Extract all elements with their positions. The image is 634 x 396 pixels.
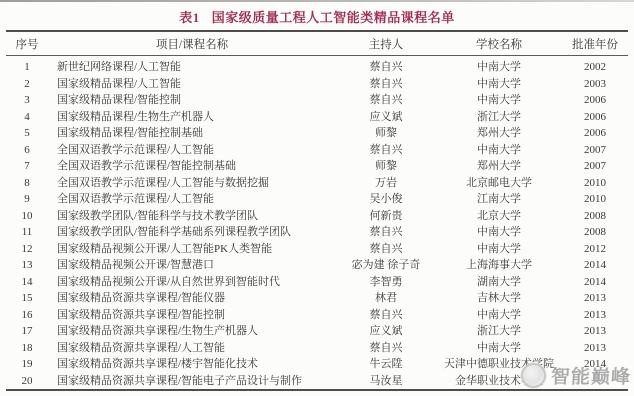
- table-row: 13国家级精品视频公开课/智慧港口宓为建 徐子奇上海海事大学2014: [6, 257, 628, 274]
- host-cell: 应义斌: [336, 323, 436, 340]
- year-cell: [562, 373, 628, 391]
- course-cell: 国家级教学团队/智能科学基础系列课程教学团队: [48, 224, 336, 241]
- col-header-seq: 序号: [6, 31, 48, 56]
- host-cell: 蔡自兴: [336, 307, 436, 324]
- table-row: 8全国双语教学示范课程/人工智能与数据挖掘万岩北京邮电大学2010: [6, 175, 628, 192]
- course-cell: 国家级精品资源共享课程/智能控制: [48, 307, 336, 324]
- school-cell: 中南大学: [436, 56, 562, 76]
- col-header-year: 批准年份: [562, 31, 628, 56]
- course-cell: 国家级精品课程/人工智能: [48, 76, 336, 93]
- table-row: 15国家级精品资源共享课程/智能仪器林君吉林大学2013: [6, 290, 628, 307]
- table-caption: 表1国家级质量工程人工智能类精品课程名单: [0, 7, 634, 26]
- year-cell: 2007: [562, 142, 628, 159]
- host-cell: 蔡自兴: [336, 142, 436, 159]
- page-root: 表1国家级质量工程人工智能类精品课程名单 序号 项目/课程名称 主持人 学校名称…: [0, 0, 634, 396]
- school-cell: 上海海事大学: [436, 257, 562, 274]
- course-cell: 全国双语教学示范课程/人工智能: [48, 142, 336, 159]
- table-row: 14国家级精品视频公开课/从自然世界到智能时代李智勇湖南大学2014: [6, 274, 628, 291]
- year-cell: 2008: [562, 224, 628, 241]
- school-cell: 北京邮电大学: [436, 175, 562, 192]
- school-cell: 中南大学: [436, 142, 562, 159]
- table-row: 20国家级精品资源共享课程/智能电子产品设计与制作马汝星金华职业技术学院: [6, 373, 628, 391]
- table-row: 10国家级教学团队/智能科学与技术教学团队何新贵北京大学2008: [6, 208, 628, 225]
- course-cell: 国家级精品资源共享课程/生物生产机器人: [48, 323, 336, 340]
- year-cell: 2002: [562, 56, 628, 76]
- table-row: 7全国双语教学示范课程/智能控制基础师黎郑州大学2007: [6, 158, 628, 175]
- table-row: 12国家级精品视频公开课/人工智能PK人类智能蔡自兴中南大学2012: [6, 241, 628, 258]
- school-cell: 浙江大学: [436, 109, 562, 126]
- seq-cell: 16: [6, 307, 48, 324]
- col-header-course: 项目/课程名称: [48, 31, 336, 56]
- course-cell: 国家级精品课程/智能控制: [48, 92, 336, 109]
- host-cell: 牛云陞: [336, 356, 436, 373]
- year-cell: 2010: [562, 175, 628, 192]
- school-cell: 金华职业技术学院: [436, 373, 562, 391]
- course-cell: 国家级精品视频公开课/从自然世界到智能时代: [48, 274, 336, 291]
- course-cell: 全国双语教学示范课程/智能控制基础: [48, 158, 336, 175]
- host-cell: 蔡自兴: [336, 224, 436, 241]
- school-cell: 江南大学: [436, 191, 562, 208]
- year-cell: 2013: [562, 307, 628, 324]
- year-cell: 2010: [562, 191, 628, 208]
- host-cell: 蔡自兴: [336, 92, 436, 109]
- course-cell: 国家级精品视频公开课/智慧港口: [48, 257, 336, 274]
- seq-cell: 10: [6, 208, 48, 225]
- table-row: 1新世纪网络课程/人工智能蔡自兴中南大学2002: [6, 56, 628, 76]
- page-top-divider: [0, 0, 634, 2]
- course-cell: 国家级精品资源共享课程/智能仪器: [48, 290, 336, 307]
- year-cell: 2006: [562, 92, 628, 109]
- host-cell: 吴小俊: [336, 191, 436, 208]
- course-cell: 国家级精品课程/生物生产机器人: [48, 109, 336, 126]
- school-cell: 郑州大学: [436, 158, 562, 175]
- year-cell: 2014: [562, 356, 628, 373]
- seq-cell: 5: [6, 125, 48, 142]
- course-cell: 国家级教学团队/智能科学与技术教学团队: [48, 208, 336, 225]
- host-cell: 师黎: [336, 125, 436, 142]
- seq-cell: 18: [6, 340, 48, 357]
- year-cell: 2007: [562, 158, 628, 175]
- seq-cell: 13: [6, 257, 48, 274]
- host-cell: 蔡自兴: [336, 241, 436, 258]
- course-cell: 新世纪网络课程/人工智能: [48, 56, 336, 76]
- seq-cell: 14: [6, 274, 48, 291]
- host-cell: 万岩: [336, 175, 436, 192]
- table-caption-tag: 表1: [179, 10, 200, 25]
- host-cell: 何新贵: [336, 208, 436, 225]
- seq-cell: 11: [6, 224, 48, 241]
- host-cell: 马汝星: [336, 373, 436, 391]
- course-cell: 全国双语教学示范课程/人工智能: [48, 191, 336, 208]
- seq-cell: 20: [6, 373, 48, 391]
- seq-cell: 17: [6, 323, 48, 340]
- col-header-school: 学校名称: [436, 31, 562, 56]
- host-cell: 应义斌: [336, 109, 436, 126]
- year-cell: 2014: [562, 257, 628, 274]
- school-cell: 中南大学: [436, 76, 562, 93]
- host-cell: 蔡自兴: [336, 76, 436, 93]
- year-cell: 2012: [562, 241, 628, 258]
- table-row: 9全国双语教学示范课程/人工智能吴小俊江南大学2010: [6, 191, 628, 208]
- school-cell: 中南大学: [436, 92, 562, 109]
- year-cell: 2013: [562, 323, 628, 340]
- seq-cell: 12: [6, 241, 48, 258]
- year-cell: 2013: [562, 290, 628, 307]
- course-cell: 全国双语教学示范课程/人工智能与数据挖掘: [48, 175, 336, 192]
- table-row: 18国家级精品资源共享课程/人工智能蔡自兴中南大学2013: [6, 340, 628, 357]
- year-cell: 2003: [562, 76, 628, 93]
- table-caption-text: 国家级质量工程人工智能类精品课程名单: [212, 10, 455, 25]
- school-cell: 郑州大学: [436, 125, 562, 142]
- seq-cell: 15: [6, 290, 48, 307]
- school-cell: 中南大学: [436, 224, 562, 241]
- course-cell: 国家级精品资源共享课程/人工智能: [48, 340, 336, 357]
- seq-cell: 2: [6, 76, 48, 93]
- host-cell: 宓为建 徐子奇: [336, 257, 436, 274]
- seq-cell: 19: [6, 356, 48, 373]
- school-cell: 天津中德职业技术学院: [436, 356, 562, 373]
- seq-cell: 9: [6, 191, 48, 208]
- seq-cell: 1: [6, 56, 48, 76]
- course-cell: 国家级精品资源共享课程/智能电子产品设计与制作: [48, 373, 336, 391]
- course-cell: 国家级精品资源共享课程/楼宇智能化技术: [48, 356, 336, 373]
- school-cell: 中南大学: [436, 340, 562, 357]
- col-header-host: 主持人: [336, 31, 436, 56]
- table-row: 5国家级精品课程/智能控制基础师黎郑州大学2006: [6, 125, 628, 142]
- year-cell: 2014: [562, 274, 628, 291]
- table-row: 19国家级精品资源共享课程/楼宇智能化技术牛云陞天津中德职业技术学院2014: [6, 356, 628, 373]
- seq-cell: 6: [6, 142, 48, 159]
- seq-cell: 3: [6, 92, 48, 109]
- school-cell: 湖南大学: [436, 274, 562, 291]
- school-cell: 中南大学: [436, 241, 562, 258]
- school-cell: 北京大学: [436, 208, 562, 225]
- course-table: 序号 项目/课程名称 主持人 学校名称 批准年份 1新世纪网络课程/人工智能蔡自…: [6, 30, 628, 391]
- school-cell: 浙江大学: [436, 323, 562, 340]
- course-cell: 国家级精品视频公开课/人工智能PK人类智能: [48, 241, 336, 258]
- table-row: 16国家级精品资源共享课程/智能控制蔡自兴中南大学2013: [6, 307, 628, 324]
- table-row: 11国家级教学团队/智能科学基础系列课程教学团队蔡自兴中南大学2008: [6, 224, 628, 241]
- seq-cell: 4: [6, 109, 48, 126]
- course-cell: 国家级精品课程/智能控制基础: [48, 125, 336, 142]
- year-cell: 2006: [562, 109, 628, 126]
- year-cell: 2008: [562, 208, 628, 225]
- year-cell: 2013: [562, 340, 628, 357]
- table-header-row: 序号 项目/课程名称 主持人 学校名称 批准年份: [6, 31, 628, 56]
- table-row: 4国家级精品课程/生物生产机器人应义斌浙江大学2006: [6, 109, 628, 126]
- host-cell: 蔡自兴: [336, 56, 436, 76]
- table-row: 17国家级精品资源共享课程/生物生产机器人应义斌浙江大学2013: [6, 323, 628, 340]
- year-cell: 2006: [562, 125, 628, 142]
- table-body: 1新世纪网络课程/人工智能蔡自兴中南大学20022国家级精品课程/人工智能蔡自兴…: [6, 56, 628, 391]
- table-row: 6全国双语教学示范课程/人工智能蔡自兴中南大学2007: [6, 142, 628, 159]
- host-cell: 李智勇: [336, 274, 436, 291]
- school-cell: 中南大学: [436, 307, 562, 324]
- seq-cell: 8: [6, 175, 48, 192]
- table-row: 3国家级精品课程/智能控制蔡自兴中南大学2006: [6, 92, 628, 109]
- host-cell: 蔡自兴: [336, 340, 436, 357]
- host-cell: 林君: [336, 290, 436, 307]
- school-cell: 吉林大学: [436, 290, 562, 307]
- host-cell: 师黎: [336, 158, 436, 175]
- seq-cell: 7: [6, 158, 48, 175]
- table-row: 2国家级精品课程/人工智能蔡自兴中南大学2003: [6, 76, 628, 93]
